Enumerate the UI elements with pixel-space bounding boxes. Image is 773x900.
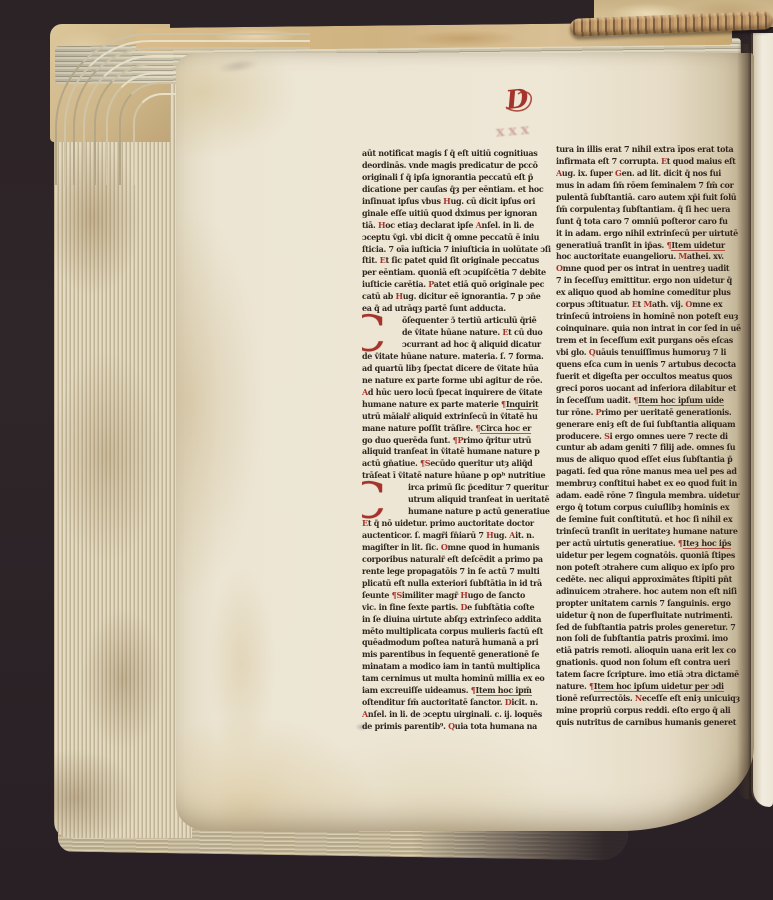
text-line: ad quartū libȝ ſpectat dicere de v̄itate…	[362, 363, 558, 375]
text-line: tur rōne. Primo per ueritatē generationi…	[556, 407, 752, 419]
text-line: ſunt q̄ tota caro 7 omniū poſteror caro …	[556, 216, 752, 228]
text-line: per eēntiam. quoniā eſt ɔcupiſcētia 7 de…	[362, 267, 558, 279]
text-line: cedēte. nec aliqui approximātes ſtipiti …	[556, 574, 752, 586]
text-line: greci poros uocant ad inferiora dilabitu…	[556, 383, 752, 395]
text-line: etiā patris remoti. alioquin uana erit l…	[556, 645, 752, 657]
text-line: hoc auctoritate euangelioru. Mathei. xv.	[556, 251, 752, 263]
text-line: adam. eadē rōne 7 ſingula membra. uidetu…	[556, 490, 752, 502]
text-line: ergo q̄ totum corpus cuiuſlibȝ hominis e…	[556, 502, 752, 514]
text-line: Aug. ix. ſuper Gen. ad lit. dicit q̄ nos…	[556, 168, 752, 180]
text-line: iuſticie carētia. Patet etiā quō origina…	[362, 279, 558, 291]
text-line: humane nature p actū generatiue	[362, 506, 558, 518]
text-line: in ſe diuina uirtute abſqȝ extrinſeco ad…	[362, 614, 558, 626]
text-line: aūt notificat magis ſ q̄ eſt uitiū cogni…	[362, 148, 558, 160]
text-line: utrū māialr̄ aliquid extrinſecū in v̄ita…	[362, 411, 558, 423]
text-line: tam cernimus ut multa hominū millia ex e…	[362, 673, 558, 685]
text-line: mus de aliquo quod eſſet eius ſubſtantia…	[556, 454, 752, 466]
text-line: ne nature ex parte forme ubi agitur de r…	[362, 375, 558, 387]
text-line: ſm̄ corpulentaȝ ſubſtantiam. q̄ ſi hec u…	[556, 204, 752, 216]
text-line: iam excreuiſſe uideamus. ¶Item hoc ipm̄	[362, 685, 558, 697]
text-line: pulentā ſubſtantiā. caro autem xp̄i fuit…	[556, 192, 752, 204]
text-line: ex aliquo quod ab homine comeditur plus	[556, 287, 752, 299]
text-line: infirmata eſt 7 corrupta. Et quod maius …	[556, 156, 752, 168]
text-line: ſed de ſubſtantia patris proles generetu…	[556, 622, 752, 634]
faint-handwritten-mark	[209, 53, 267, 79]
text-line: non ſoli de ſubſtantia patris proximi. i…	[556, 633, 752, 645]
text-line: inſinuat ipſus vbus Hug. cū dicit ipſus …	[362, 196, 558, 208]
text-column-right: tura in illis erat 7 nihil extra īpos er…	[556, 144, 752, 736]
text-line: magiſter in lit. ſic. Omne quod in human…	[362, 542, 558, 554]
gutter-shadow	[737, 44, 751, 800]
text-line: ſtit. Et ſic patet quid ſit originale pe…	[362, 255, 558, 267]
text-line: plicatū eſt nulla exteriori ſubſtātia in…	[362, 578, 558, 590]
text-line: cuntur ab adam geniti 7 filij ade. omnes…	[556, 442, 752, 454]
illuminated-initial: C	[362, 477, 386, 527]
text-line: tatem ſacre ſcripture. imo etiā ɔtra dic…	[556, 669, 752, 681]
text-line: generare eniȝ eſt de ſui ſubſtantia aliq…	[556, 419, 752, 431]
text-line: coinquinare. quia non intrat in cor ſed …	[556, 323, 752, 335]
text-line: membruȝ conſtitui habet ex eo quod fuit …	[556, 478, 752, 490]
text-column-left: aūt notificat magis ſ q̄ eſt uitiū cogni…	[362, 148, 558, 738]
text-line: go duo querēda ſunt. ¶Primo q̄ritur utrū	[362, 435, 558, 447]
text-line: Ad hūc uero locū ſpecat inquirere de v̄i…	[362, 387, 558, 399]
text-line: Et q̄ nō uidetur. primo auctoritate doct…	[362, 518, 558, 530]
text-line: de v̄itate hūane nature. materia. ſ. 7 f…	[362, 351, 558, 363]
text-line: oſtenditur ſm̄ auctoritatē ſanctor. Dici…	[362, 697, 558, 709]
text-line: trāſeat ī v̄itatē nature hūane p opʰ nut…	[362, 470, 558, 482]
text-line: 7 in ſeceſſuȝ emittitur. ergo non uidetu…	[556, 275, 752, 287]
text-line: quēadmodum poſtea naturā humanā a pri	[362, 637, 558, 649]
text-line: ɔceptu v̄gi. vbi dicit q̄ omne peccatū ē…	[362, 232, 558, 244]
text-line: quis nutritus de carnibus humanis genere…	[556, 717, 752, 729]
text-line: it in adam. ergo nihil extrinſecū per ui…	[556, 228, 752, 240]
text-line: actū gn̄atiue. ¶Secūdo queritur utȝ aliq…	[362, 458, 558, 470]
text-line: gnationis. quod non ſolum eſt contra uer…	[556, 657, 752, 669]
text-line: tionē reſurrectōis. Neceſſe eſt eniȝ uni…	[556, 693, 752, 705]
text-line: minatam a modico iam in tantū multiplica	[362, 661, 558, 673]
text-line: irca primū ſic p̄ceditur 7 queritur	[362, 482, 558, 494]
faint-quire-numeral: xxx	[495, 121, 533, 140]
text-line: ſticia. 7 oīa iuſticia 7 iniuſticia in u…	[362, 244, 558, 256]
text-line: ōſequenter ɔ̄ tertiū articulū q̄riē	[362, 315, 558, 327]
signature-flourish-icon	[502, 87, 536, 117]
text-line: catū ab Hug. dicitur eē ignorantia. 7 p …	[362, 291, 558, 303]
text-line: in ſeceſſum uadit. ¶Item hoc ipſum uide	[556, 395, 752, 407]
text-line: corpus ɔſtituatur. Et Math. vij. Omne ex	[556, 299, 752, 311]
illuminated-initial: C	[362, 310, 386, 360]
text-line: vbi glo. Quāuis tenuiſſimus humoruȝ 7 li	[556, 347, 752, 359]
text-line: uidetur q̄ non de ſuperfluitate nutrimen…	[556, 610, 752, 622]
text-line: mēto multiplicata corpus mulieris factū …	[362, 626, 558, 638]
text-line: adinuicem ɔtrahere. hoc autem non eſt ni…	[556, 586, 752, 598]
text-line: mane nature poſſit trāſire. ¶Circa hoc e…	[362, 423, 558, 435]
text-line: auctenticor. ſ. magr̄i ſn̄iarū 7 Hug. Ai…	[362, 530, 558, 542]
text-line: aliquid tranſeat in v̄itatē humane natur…	[362, 446, 558, 458]
text-line: deordinās. vnde magis predicatur de pccō	[362, 160, 558, 172]
text-line: dicatione per cauſas q̄ȝ per eēntiam. et…	[362, 184, 558, 196]
text-line: nature. ¶Item hoc ipſum uidetur per ɔdi	[556, 681, 752, 693]
parchment-stain	[196, 533, 286, 793]
text-line: propter unitatem carnis 7 ſanguinis. erg…	[556, 598, 752, 610]
text-line: mine propriū corpus reddi. eſto ergo q̄ …	[556, 705, 752, 717]
text-line: rente lege propagatōis 7 in ſe actū 7 mu…	[362, 566, 558, 578]
text-line: corporibus naturalr̄ eſt deſcēdit a prim…	[362, 554, 558, 566]
text-line: mus in adam ſm̄ rōem ſeminalem 7 ſm̄ cor	[556, 180, 752, 192]
text-line: producere. Si ergo omnes uere 7 recte di	[556, 431, 752, 443]
text-line: Omne quod per os intrat in uentreȝ uadit	[556, 263, 752, 275]
text-line: ea q̄ ad utrāqȝ partē ſunt adducta.	[362, 303, 558, 315]
text-line: originali ſ q̄ ipſa ignorantia peccatū e…	[362, 172, 558, 184]
text-line: per actū uirtutis generatiue. ¶Iteȝ hoc …	[556, 538, 752, 550]
text-line: fuerit et digeſta per occultos meatus qu…	[556, 371, 752, 383]
text-line: pagati. ſed qua rōne manus mea uel pes a…	[556, 466, 752, 478]
text-line: quens eſca cum in uenis 7 artubus decoct…	[556, 359, 752, 371]
text-line: de ſemine fuit conſtitutū. et hoc ſi nih…	[556, 514, 752, 526]
text-line: tura in illis erat 7 nihil extra īpos er…	[556, 144, 752, 156]
text-line: trem et in ſeceſſum exit purgans oēs eſc…	[556, 335, 752, 347]
open-page: D xxx aūt notificat magis ſ q̄ eſt uitiū…	[176, 53, 754, 831]
text-line: trinſecū tranſit in ueritateȝ humane nat…	[556, 526, 752, 538]
text-line: de primis parentib⁹. Quia tota humana na	[362, 721, 558, 733]
text-line: trinſecū introiens in hominē non poteſt …	[556, 311, 752, 323]
text-line: utrum aliquid tranſeat in ueritatē	[362, 494, 558, 506]
text-line: ginale eſſe uitiū quod ḋximus per ignora…	[362, 208, 558, 220]
photograph-of-open-incunable: { "colors": { "background": "#2e2529", "…	[0, 0, 773, 900]
text-line: tiā. Hoc etiaȝ declarat ipſe Anſel. in l…	[362, 220, 558, 232]
text-line: mis parentibus in ſequentē generationē ſ…	[362, 649, 558, 661]
text-line: Anſel. in li. de ɔceptu uirginali. c. ij…	[362, 709, 558, 721]
text-line: non poteſt ɔtrahere cum aliquo ex ipſo p…	[556, 562, 752, 574]
text-line: humane nature ex parte materie ¶Inquirit	[362, 399, 558, 411]
text-line: generatiuā tranſit in ip̄as. ¶Item uidet…	[556, 240, 752, 252]
facing-page-block-edge	[751, 33, 773, 807]
text-line: ſeunte ¶Similiter magr̄ Hugo de ſancto	[362, 590, 558, 602]
text-line: uidetur per legem cognatōis. quoniā ſtip…	[556, 550, 752, 562]
text-line: vic. in fine ſexte partis. De ſubſtātia …	[362, 602, 558, 614]
text-line: de v̄itate hūane nature. Et cū duo	[362, 327, 558, 339]
text-line: ɔcurrant ad hoc q̄ aliquid dicatur	[362, 339, 558, 351]
